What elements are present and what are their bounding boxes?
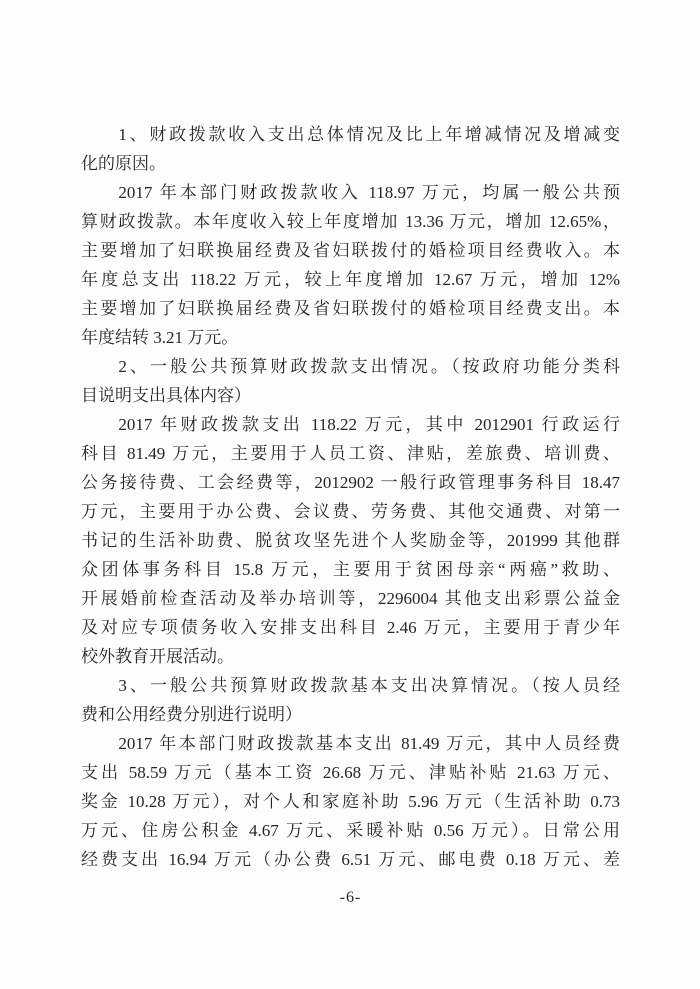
text-line: 1、财政拨款收入支出总体情况及比上年增减情况及增减变 [81, 120, 620, 149]
text-line: 万元、住房公积金 4.67 万元、采暖补贴 0.56 万元）。日常公用 [81, 816, 620, 845]
text-line: 2017 年财政拨款支出 118.22 万元，其中 2012901 行政运行 [81, 410, 620, 439]
text-line: 年度结转 3.21 万元。 [81, 323, 620, 352]
text-line: 万元，主要用于办公费、会议费、劳务费、其他交通费、对第一 [81, 497, 620, 526]
text-line: 算财政拨款。本年度收入较上年度增加 13.36 万元，增加 12.65%， [81, 207, 620, 236]
text-line: 2017 年本部门财政拨款基本支出 81.49 万元，其中人员经费 [81, 729, 620, 758]
document-page: 1、财政拨款收入支出总体情况及比上年增减情况及增减变 化的原因。 2017 年本… [0, 0, 700, 989]
text-line: 主要增加了妇联换届经费及省妇联拨付的婚检项目经费收入。本 [81, 236, 620, 265]
text-line: 公务接待费、工会经费等，2012902 一般行政管理事务科目 18.47 [81, 468, 620, 497]
page-number: -6- [81, 887, 620, 909]
text-column: 1、财政拨款收入支出总体情况及比上年增减情况及增减变 化的原因。 2017 年本… [81, 120, 620, 909]
paragraph: 1、财政拨款收入支出总体情况及比上年增减情况及增减变 化的原因。 [81, 120, 620, 178]
paragraph: 2、一般公共预算财政拨款支出情况。（按政府功能分类科 目说明支出具体内容） [81, 352, 620, 410]
text-line: 众团体事务科目 15.8 万元，主要用于贫困母亲“两癌”救助、 [81, 555, 620, 584]
text-line: 主要增加了妇联换届经费及省妇联拨付的婚检项目经费支出。本 [81, 294, 620, 323]
text-line: 2017 年本部门财政拨款收入 118.97 万元，均属一般公共预 [81, 178, 620, 207]
text-line: 校外教育开展活动。 [81, 642, 620, 671]
text-line: 3、一般公共预算财政拨款基本支出决算情况。（按人员经 [81, 671, 620, 700]
text-line: 经费支出 16.94 万元（办公费 6.51 万元、邮电费 0.18 万元、差 [81, 845, 620, 874]
text-line: 2、一般公共预算财政拨款支出情况。（按政府功能分类科 [81, 352, 620, 381]
text-line: 书记的生活补助费、脱贫攻坚先进个人奖励金等，201999 其他群 [81, 526, 620, 555]
paragraph: 3、一般公共预算财政拨款基本支出决算情况。（按人员经 费和公用经费分别进行说明） [81, 671, 620, 729]
text-line: 开展婚前检查活动及举办培训等，2296004 其他支出彩票公益金 [81, 584, 620, 613]
text-line: 年度总支出 118.22 万元，较上年度增加 12.67 万元，增加 12% [81, 265, 620, 294]
paragraph: 2017 年本部门财政拨款收入 118.97 万元，均属一般公共预 算财政拨款。… [81, 178, 620, 352]
paragraph: 2017 年本部门财政拨款基本支出 81.49 万元，其中人员经费 支出 58.… [81, 729, 620, 874]
text-line: 费和公用经费分别进行说明） [81, 700, 620, 729]
text-line: 科目 81.49 万元，主要用于人员工资、津贴，差旅费、培训费、 [81, 439, 620, 468]
text-line: 化的原因。 [81, 149, 620, 178]
paragraph: 2017 年财政拨款支出 118.22 万元，其中 2012901 行政运行 科… [81, 410, 620, 671]
text-line: 目说明支出具体内容） [81, 381, 620, 410]
text-line: 奖金 10.28 万元），对个人和家庭补助 5.96 万元（生活补助 0.73 [81, 787, 620, 816]
text-line: 支出 58.59 万元（基本工资 26.68 万元、津贴补贴 21.63 万元、 [81, 758, 620, 787]
text-line: 及对应专项债务收入安排支出科目 2.46 万元，主要用于青少年 [81, 613, 620, 642]
